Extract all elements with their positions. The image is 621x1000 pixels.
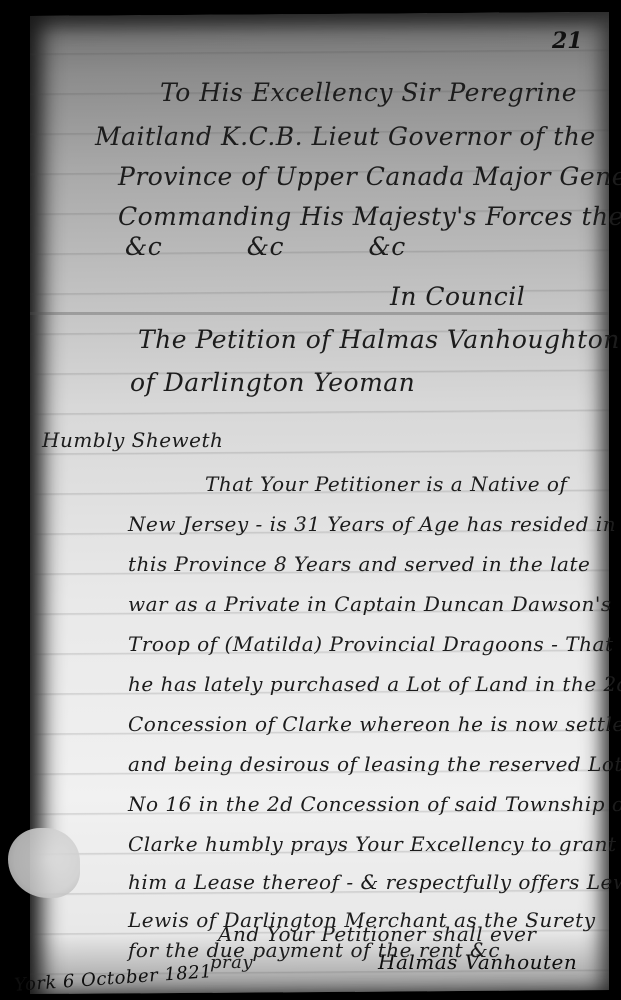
address-line-3: Province of Upper Canada Major General xyxy=(118,162,621,191)
body-line: Clarke humbly prays Your Excellency to g… xyxy=(128,832,617,856)
body-line: and being desirous of leasing the reserv… xyxy=(128,752,621,776)
body-line: New Jersey - is 31 Years of Age has resi… xyxy=(128,512,616,536)
body-line: Concession of Clarke whereon he is now s… xyxy=(128,712,621,736)
body-line: war as a Private in Captain Duncan Dawso… xyxy=(128,592,612,616)
paper-stain xyxy=(8,828,80,898)
body-line: him a Lease thereof - & respectfully off… xyxy=(128,870,621,894)
petitioner-residence: of Darlington Yeoman xyxy=(130,368,415,397)
address-line-1: To His Excellency Sir Peregrine xyxy=(160,78,577,107)
body-line: That Your Petitioner is a Native of xyxy=(205,472,567,496)
paper-fold-line xyxy=(30,312,610,315)
petition-title: The Petition of Halmas Vanhoughton xyxy=(138,325,620,354)
page-number: 21 xyxy=(552,28,583,54)
body-line: this Province 8 Years and served in the … xyxy=(128,552,590,576)
closing-line: And Your Petitioner shall ever xyxy=(218,922,536,946)
address-line-4: Commanding His Majesty's Forces therein xyxy=(118,202,621,231)
body-line: No 16 in the 2d Concession of said Towns… xyxy=(128,792,621,816)
closing-pray: pray xyxy=(210,952,253,973)
in-council-note: In Council xyxy=(390,282,525,311)
petitioner-signature: Halmas Vanhouten xyxy=(378,950,577,974)
body-line: Troop of (Matilda) Provincial Dragoons -… xyxy=(128,632,613,656)
address-line-2: Maitland K.C.B. Lieut Governor of the xyxy=(95,122,596,151)
salutation: Humbly Sheweth xyxy=(42,428,223,452)
body-line: he has lately purchased a Lot of Land in… xyxy=(128,672,621,696)
address-etcetera: &c &c &c xyxy=(125,232,406,261)
